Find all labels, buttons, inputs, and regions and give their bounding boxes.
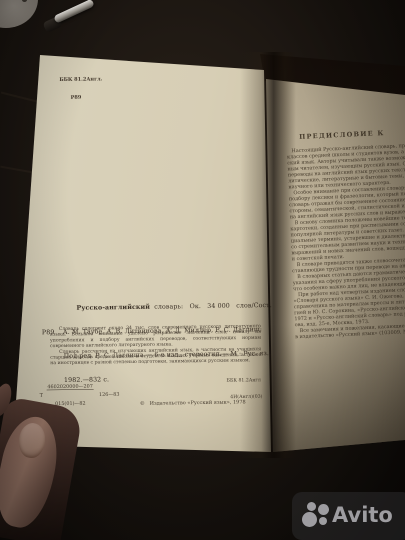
imprint-tail: 126—83 xyxy=(97,392,119,398)
bbk-line: ББК 81.2Англ xyxy=(227,377,263,383)
stamp-line: ББК 81.2Англ. xyxy=(59,76,159,83)
annotation-block: Словарь содержит около 34 тыс. слов совр… xyxy=(50,323,262,366)
avito-logo-icon xyxy=(302,512,317,527)
annotation-paragraph: Словарь содержит около 34 тыс. слов совр… xyxy=(50,323,261,349)
right-page-content: ПРЕДИСЛОВИЕ К Настоящий Русско-английски… xyxy=(286,127,405,341)
avito-logo-icon xyxy=(318,504,329,515)
avito-logo-icon xyxy=(307,502,316,511)
avito-brand-text: Avito xyxy=(332,501,393,529)
catalog-line-rest: словарь: Ок. 34 000 слов/Сост. xyxy=(150,301,272,310)
annotation-paragraph: Словарь рассчитан на изучающих английски… xyxy=(50,346,261,366)
book-title: Русско-английский xyxy=(76,303,150,312)
avito-logo-icon xyxy=(319,517,327,525)
catalog-line: Русско-английский словарь: Ок. 34 000 сл… xyxy=(41,301,271,312)
imprint-letter: Т xyxy=(40,393,43,399)
stamp-line: Р89 xyxy=(60,94,160,101)
library-stamp: ББК 81.2Англ. Р89 xyxy=(59,64,160,113)
book-photo: ББК 81.2Англ. Р89 Русско-английский слов… xyxy=(0,0,405,540)
imprint-numerator: 4602020000—207 xyxy=(46,384,93,391)
preface-text: Настоящий Русско-английский словарь, пре… xyxy=(287,141,405,340)
avito-watermark: Avito xyxy=(292,492,405,540)
